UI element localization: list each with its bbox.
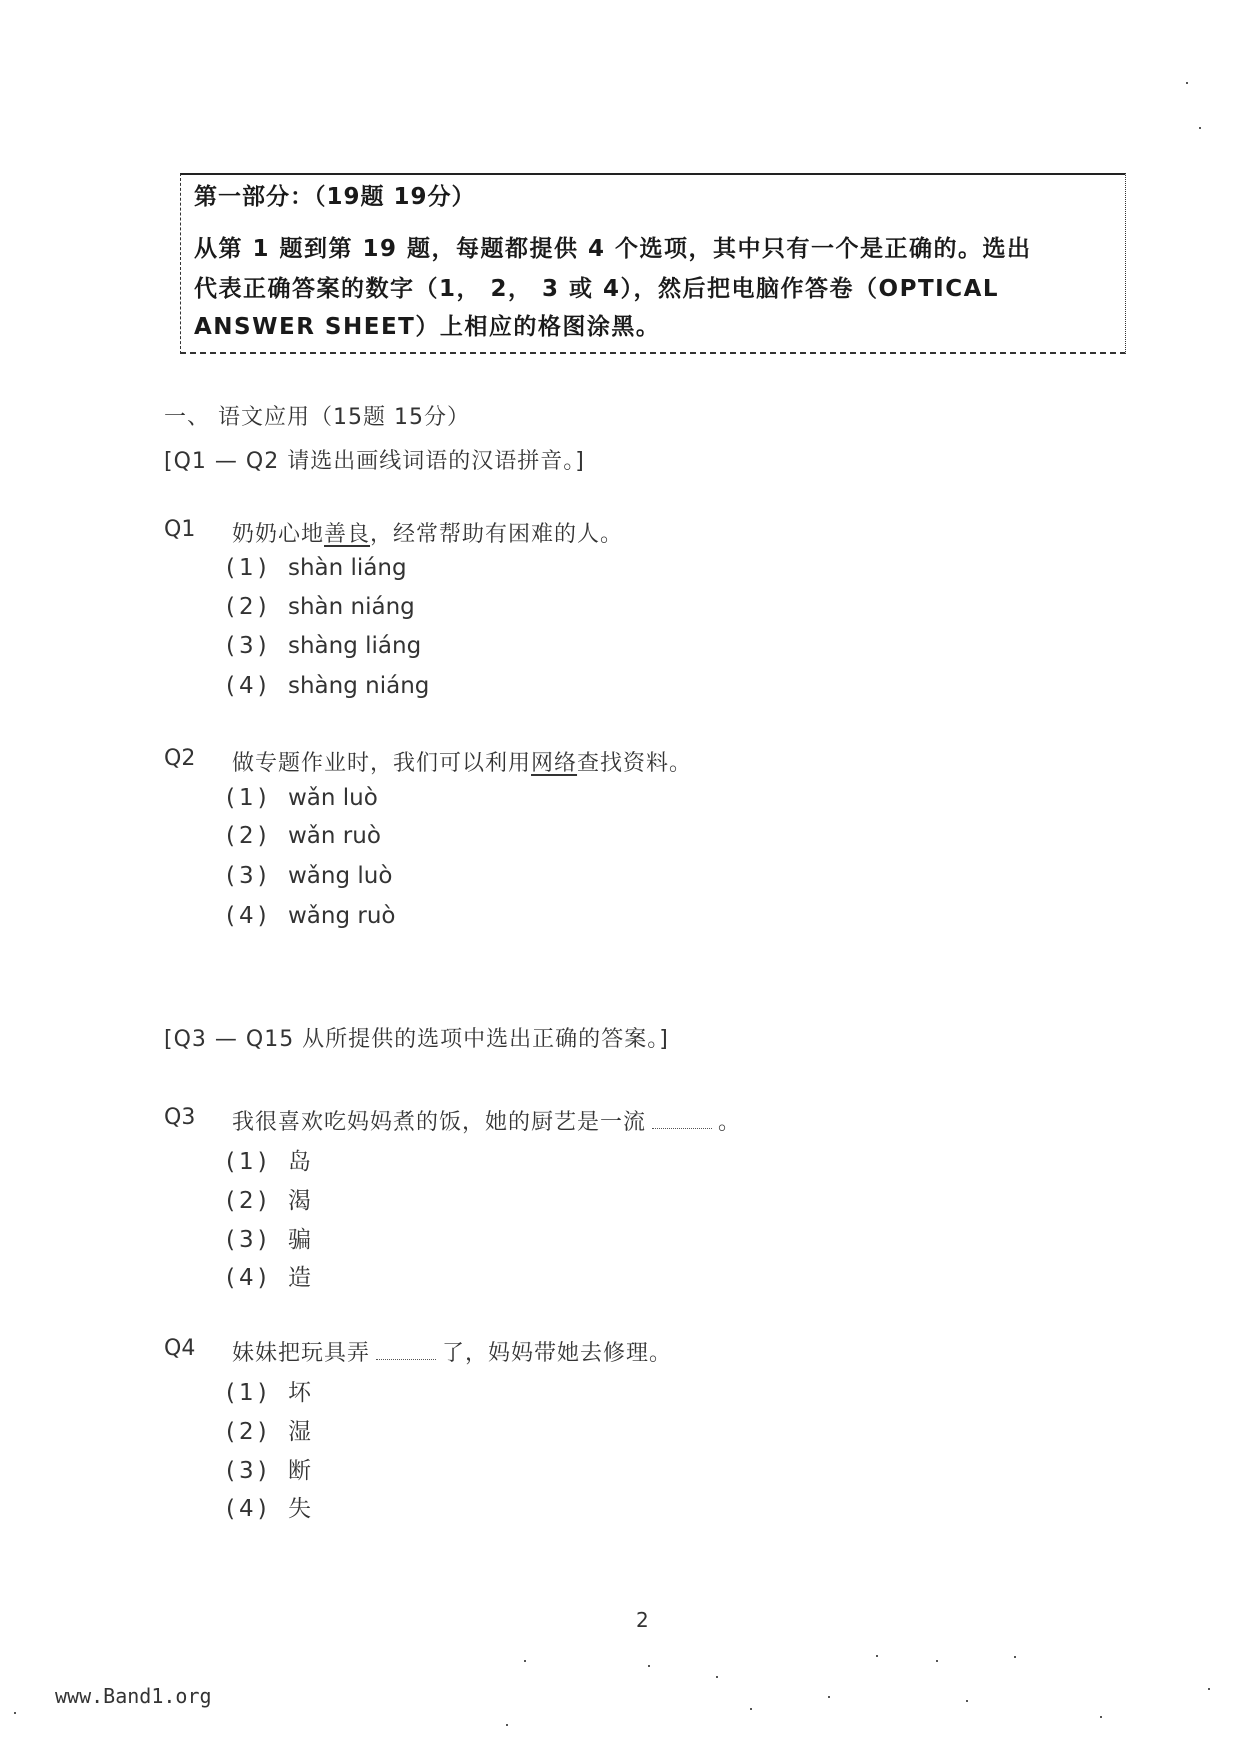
option-text: 失 bbox=[288, 1496, 311, 1522]
option-3: (3)骗 bbox=[226, 1221, 311, 1254]
option-4: (4)造 bbox=[226, 1259, 311, 1292]
option-text: wǎn ruò bbox=[288, 823, 381, 849]
footer-watermark: www.Band1.org bbox=[55, 1684, 212, 1708]
option-label: (2) bbox=[226, 594, 288, 620]
scan-speck bbox=[750, 1708, 752, 1710]
option-text: wǎn luò bbox=[288, 785, 378, 811]
section-subheading-q1-q2: [Q1 — Q2 请选出画线词语的汉语拼音。] bbox=[164, 444, 585, 475]
stem-text: 做专题作业时，我们可以利用 bbox=[232, 751, 531, 776]
question-number: Q4 bbox=[164, 1336, 195, 1361]
option-text: shàn liáng bbox=[288, 555, 407, 581]
page-number: 2 bbox=[636, 1608, 649, 1632]
option-text: shàn niáng bbox=[288, 594, 415, 620]
option-2: (2)shàn niáng bbox=[226, 594, 415, 620]
instruction-title: 第一部分：（19题 19分） bbox=[194, 178, 476, 211]
option-text: shàng liáng bbox=[288, 633, 421, 659]
scan-speck bbox=[966, 1700, 968, 1702]
section-heading: 一、 语文应用（15题 15分） bbox=[164, 400, 470, 431]
scan-speck bbox=[1199, 127, 1201, 129]
option-4: (4)shàng niáng bbox=[226, 673, 429, 699]
option-text: 断 bbox=[288, 1458, 311, 1484]
question-stem: 奶奶心地善良，经常帮助有困难的人。 bbox=[232, 517, 623, 548]
stem-text: ，经常帮助有困难的人。 bbox=[370, 522, 623, 547]
option-3: (3)wǎng luò bbox=[226, 863, 392, 889]
question-number: Q3 bbox=[164, 1105, 195, 1130]
option-label: (1) bbox=[226, 785, 288, 811]
option-1: (1)坏 bbox=[226, 1374, 311, 1407]
option-4: (4)wǎng ruò bbox=[226, 903, 396, 929]
option-3: (3)断 bbox=[226, 1452, 311, 1485]
instruction-line-2: 代表正确答案的数字（1， 2， 3 或 4），然后把电脑作答卷（OPTICAL bbox=[194, 270, 999, 303]
option-text: 骗 bbox=[288, 1227, 311, 1253]
option-text: 造 bbox=[288, 1265, 311, 1291]
option-label: (3) bbox=[226, 633, 288, 659]
stem-text: 我很喜欢吃妈妈煮的饭，她的厨艺是一流 bbox=[232, 1110, 646, 1135]
question-number: Q1 bbox=[164, 517, 195, 542]
question-stem: 做专题作业时，我们可以利用网络查找资料。 bbox=[232, 746, 692, 777]
scan-speck bbox=[648, 1665, 650, 1667]
scan-speck bbox=[1208, 1688, 1210, 1690]
underlined-word: 网络 bbox=[531, 751, 577, 776]
option-label: (4) bbox=[226, 903, 288, 929]
option-2: (2)渴 bbox=[226, 1182, 311, 1215]
option-text: 坏 bbox=[288, 1380, 311, 1406]
question-stem: 妹妹把玩具弄了，妈妈带她去修理。 bbox=[232, 1336, 672, 1367]
question-stem: 我很喜欢吃妈妈煮的饭，她的厨艺是一流。 bbox=[232, 1105, 741, 1136]
option-1: (1)岛 bbox=[226, 1143, 311, 1176]
scan-speck bbox=[936, 1660, 938, 1662]
answer-blank bbox=[376, 1359, 436, 1360]
scan-speck bbox=[716, 1676, 718, 1678]
option-label: (1) bbox=[226, 1149, 288, 1175]
answer-blank bbox=[652, 1128, 712, 1129]
section-subheading-q3-q15: [Q3 — Q15 从所提供的选项中选出正确的答案。] bbox=[164, 1022, 669, 1053]
option-label: (2) bbox=[226, 1419, 288, 1445]
instruction-line-1: 从第 1 题到第 19 题，每题都提供 4 个选项，其中只有一个是正确的。选出 bbox=[194, 230, 1032, 263]
scan-speck bbox=[14, 1712, 16, 1714]
option-2: (2)wǎn ruò bbox=[226, 823, 381, 849]
scan-speck bbox=[1014, 1656, 1016, 1658]
option-text: wǎng luò bbox=[288, 863, 392, 889]
scan-speck bbox=[506, 1724, 508, 1726]
option-label: (3) bbox=[226, 1458, 288, 1484]
option-text: shàng niáng bbox=[288, 673, 429, 699]
option-1: (1)wǎn luò bbox=[226, 785, 378, 811]
option-label: (4) bbox=[226, 673, 288, 699]
option-text: wǎng ruò bbox=[288, 903, 396, 929]
option-text: 渴 bbox=[288, 1188, 311, 1214]
option-text: 湿 bbox=[288, 1419, 311, 1445]
instruction-line-3: ANSWER SHEET）上相应的格图涂黑。 bbox=[194, 308, 660, 341]
stem-text: 妹妹把玩具弄 bbox=[232, 1341, 370, 1366]
scan-speck bbox=[828, 1696, 830, 1698]
scan-speck bbox=[876, 1655, 878, 1657]
option-4: (4)失 bbox=[226, 1490, 311, 1523]
stem-text: 了，妈妈带她去修理。 bbox=[442, 1341, 672, 1366]
stem-text: 查找资料。 bbox=[577, 751, 692, 776]
option-label: (3) bbox=[226, 1227, 288, 1253]
option-label: (2) bbox=[226, 823, 288, 849]
option-label: (1) bbox=[226, 555, 288, 581]
option-text: 岛 bbox=[288, 1149, 311, 1175]
underlined-word: 善良 bbox=[324, 522, 370, 547]
option-1: (1)shàn liáng bbox=[226, 555, 407, 581]
option-label: (2) bbox=[226, 1188, 288, 1214]
option-label: (4) bbox=[226, 1496, 288, 1522]
question-number: Q2 bbox=[164, 746, 195, 771]
scan-speck bbox=[1186, 82, 1188, 84]
option-label: (4) bbox=[226, 1265, 288, 1291]
option-label: (3) bbox=[226, 863, 288, 889]
stem-text: 奶奶心地 bbox=[232, 522, 324, 547]
stem-text: 。 bbox=[718, 1110, 741, 1135]
scan-speck bbox=[1100, 1716, 1102, 1718]
option-3: (3)shàng liáng bbox=[226, 633, 421, 659]
option-2: (2)湿 bbox=[226, 1413, 311, 1446]
scan-speck bbox=[524, 1660, 526, 1662]
option-label: (1) bbox=[226, 1380, 288, 1406]
